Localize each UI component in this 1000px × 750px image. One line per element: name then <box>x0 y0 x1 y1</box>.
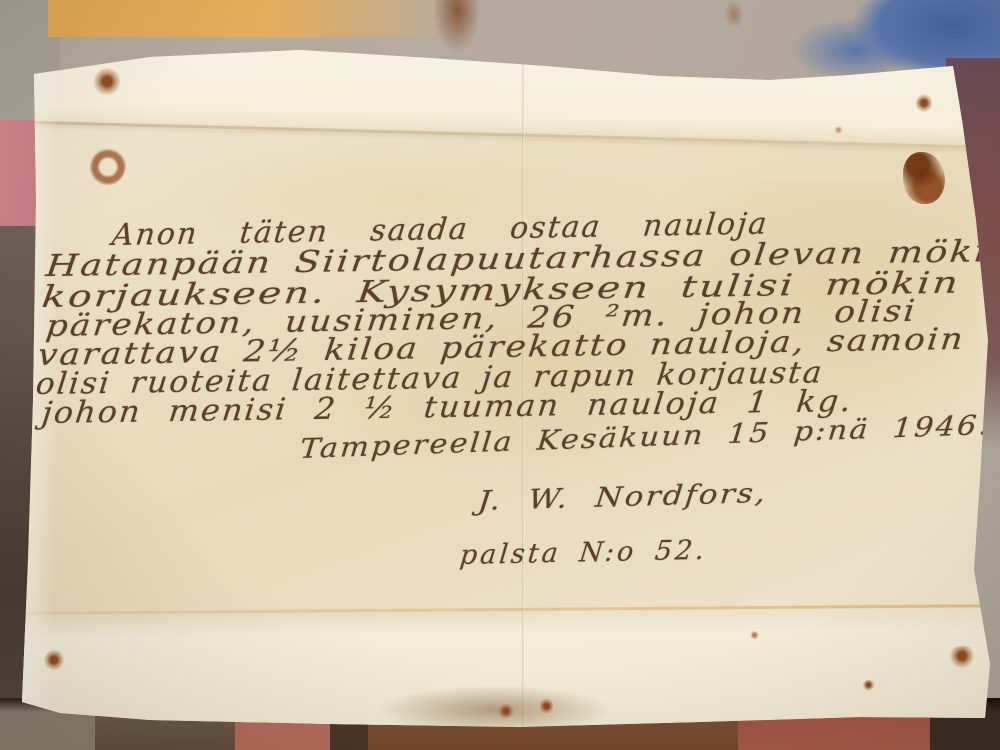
document-paper: Anon täten saada ostaa nauloja Hatanpään… <box>0 0 1000 750</box>
rust-stain-cluster <box>903 152 945 204</box>
plot-number-line: palsta N:o 52. <box>458 535 708 571</box>
background-brown-stain <box>433 0 481 54</box>
rust-ring-stain <box>90 148 126 186</box>
paper-bottom-smudge <box>380 686 610 726</box>
background-yellow-paint-band <box>48 0 458 37</box>
photo-scene: Anon täten saada ostaa nauloja Hatanpään… <box>0 0 1000 750</box>
